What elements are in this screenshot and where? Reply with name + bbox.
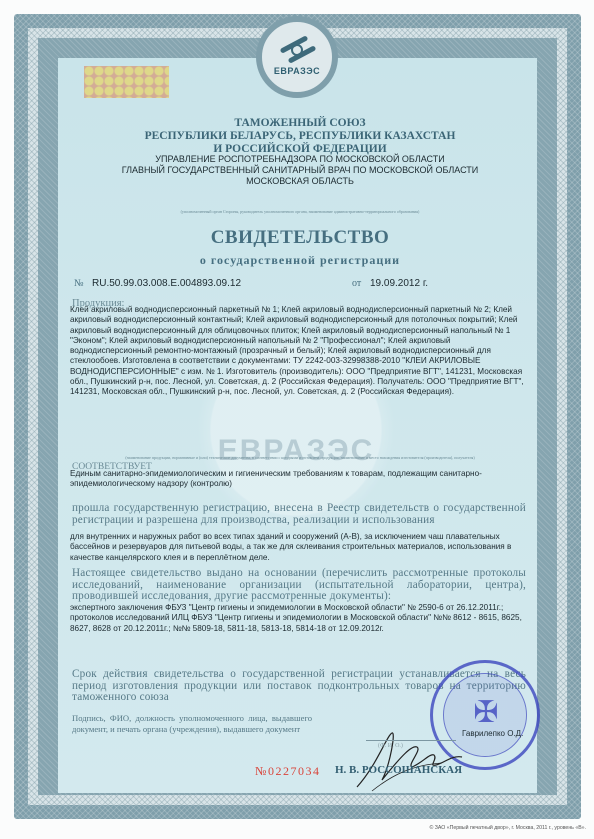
signer-name: Гаврилепко О.Д.	[462, 729, 523, 738]
eurasec-logo-icon	[277, 38, 317, 64]
signature-statement: Подпись, ФИО, должность уполномоченного …	[72, 713, 312, 735]
officer-name: Н. В. РОССОШАНСКАЯ	[335, 764, 462, 776]
product-caption: (наименование продукции, нормативные и (…	[70, 455, 530, 460]
registration-date-label: от	[352, 278, 361, 289]
fio-caption: (Ф. И. О.)	[378, 743, 403, 749]
hologram-sticker	[84, 66, 169, 98]
union-title-line-2: РЕСПУБЛИКИ БЕЛАРУСЬ, РЕСПУБЛИКИ КАЗАХСТА…	[70, 130, 530, 143]
basis-text: экспертного заключения ФБУЗ "Центр гигие…	[70, 603, 524, 634]
registration-number-label: №	[74, 278, 84, 289]
registration-date: 19.09.2012 г.	[370, 278, 428, 289]
agency-line-2: ГЛАВНЫЙ ГОСУДАРСТВЕННЫЙ САНИТАРНЫЙ ВРАЧ …	[70, 165, 530, 176]
conformity-text: Единым санитарно-эпидемиологическим и ги…	[70, 469, 524, 490]
basis-statement: Настоящее свидетельство выдано на основа…	[72, 568, 526, 603]
registration-statement: прошла государственную регистрацию, внес…	[72, 503, 526, 526]
agency-caption: (уполномоченный орган Стороны, руководит…	[70, 209, 530, 214]
signature-icon	[352, 725, 472, 795]
product-description: Клей акриловый воднодисперсионный паркет…	[70, 305, 524, 398]
emblem-org-name: ЕВРАЗЭС	[274, 66, 320, 76]
agency-line-3: МОСКОВСКАЯ ОБЛАСТЬ	[70, 176, 530, 187]
document-title: СВИДЕТЕЛЬСТВО	[70, 227, 530, 249]
usage-text: для внутренних и наружных работ во всех …	[70, 532, 524, 563]
fio-underline	[366, 740, 456, 741]
registration-number: RU.50.99.03.008.E.004893.09.12	[92, 278, 241, 289]
agency-line-1: УПРАВЛЕНИЕ РОСПОТРЕБНАДЗОРА ПО МОСКОВСКО…	[70, 154, 530, 165]
form-serial-number: №0227034	[255, 764, 320, 779]
watermark-text: ЕВРАЗЭС	[218, 434, 375, 468]
eurasec-emblem: ЕВРАЗЭС	[256, 16, 338, 98]
union-title-line-1: ТАМОЖЕННЫЙ СОЮЗ	[70, 117, 530, 130]
double-headed-eagle-icon: ✠	[469, 693, 503, 733]
document-subtitle: о государственной регистрации	[70, 253, 530, 268]
registration-row: № RU.50.99.03.008.E.004893.09.12 от 19.0…	[72, 278, 532, 294]
printer-imprint: © ЗАО «Первый печатный двор», г. Москва,…	[430, 825, 586, 831]
